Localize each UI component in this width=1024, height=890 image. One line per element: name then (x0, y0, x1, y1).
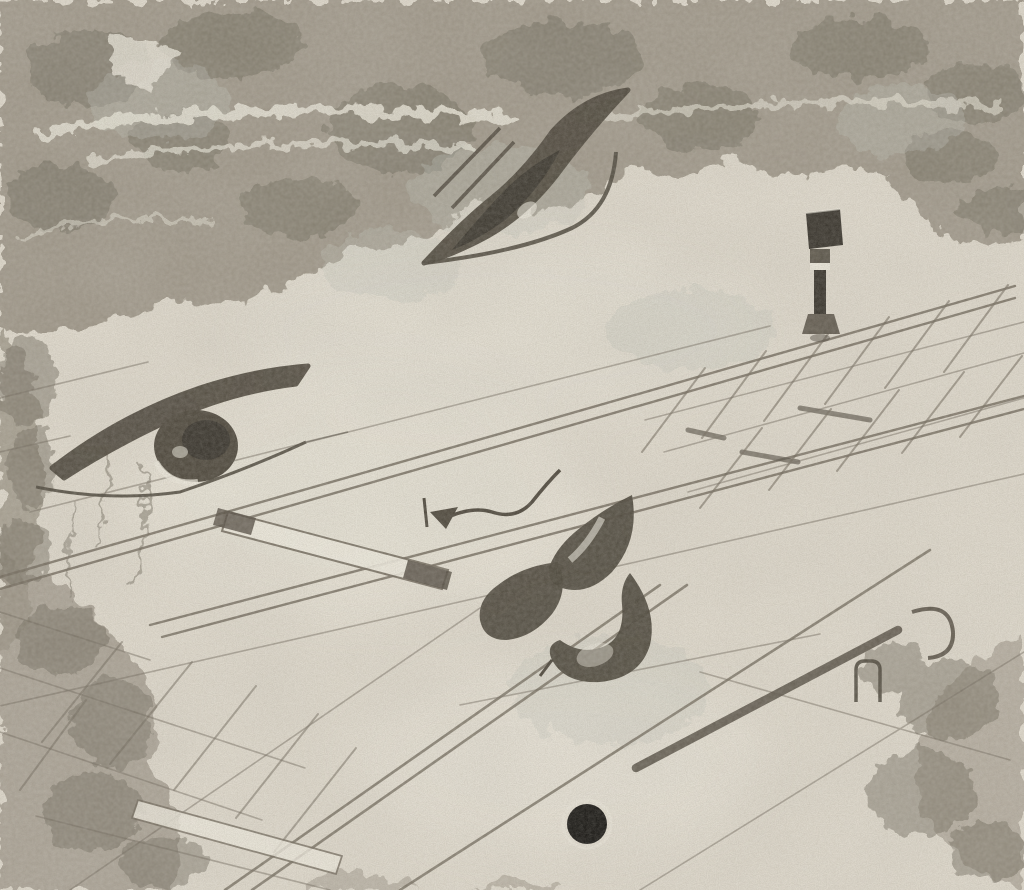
halftone-photograph (0, 0, 1024, 890)
grain-layer-light (0, 0, 1024, 890)
photo-canvas (0, 0, 1024, 890)
